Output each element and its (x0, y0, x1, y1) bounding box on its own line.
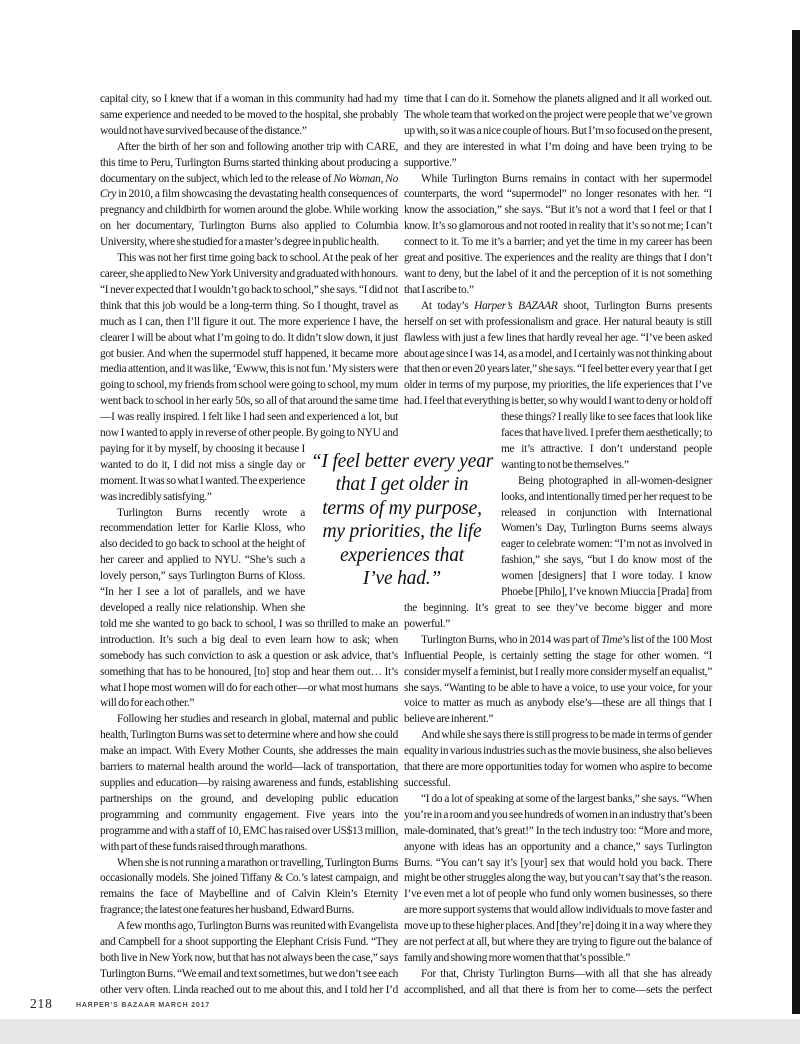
text-run: At today’s (421, 300, 474, 312)
page-number: 218 (30, 996, 53, 1012)
paragraph: Following her studies and research in gl… (100, 712, 398, 855)
pull-quote-line: my priorities, the life (306, 520, 498, 543)
pull-quote-line: “I feel better every year (306, 450, 498, 473)
pull-quote-line: experiences that (306, 544, 498, 567)
pull-quote-line: I’ve had.” (306, 567, 498, 590)
paragraph: After the birth of her son and following… (100, 140, 398, 251)
text-run: time that I can do it. Somehow the plane… (404, 93, 712, 169)
text-run: in 2010, a film showcasing the devastati… (100, 188, 398, 248)
pull-quote-line: that I get older in (306, 473, 498, 496)
paragraph: While Turlington Burns remains in contac… (404, 172, 712, 299)
text-run: When she is not running a marathon or tr… (100, 857, 398, 917)
text-run: capital city, so I knew that if a woman … (100, 93, 398, 137)
page-edge-shadow-bar (792, 30, 800, 1014)
paragraph: “I do a lot of speaking at some of the l… (404, 792, 712, 967)
text-run: Turlington Burns, who in 2014 was part o… (421, 634, 601, 646)
italic-text-run: Time (601, 634, 622, 646)
page-footer: 218 HARPER’S BAZAAR MARCH 2017 (0, 994, 786, 1022)
footer-magazine-line: HARPER’S BAZAAR MARCH 2017 (76, 1002, 210, 1009)
paragraph: time that I can do it. Somehow the plane… (404, 92, 712, 172)
magazine-page: capital city, so I knew that if a woman … (0, 0, 800, 1044)
paragraph: When she is not running a marathon or tr… (100, 856, 398, 920)
pull-quote-line: terms of my purpose, (306, 497, 498, 520)
paragraph: Turlington Burns, who in 2014 was part o… (404, 633, 712, 728)
text-run: “I do a lot of speaking at some of the l… (404, 793, 712, 964)
text-run: ’s list of the 100 Most Influential Peop… (404, 634, 712, 726)
pull-quote: “I feel better every yearthat I get olde… (306, 450, 498, 590)
text-run: While Turlington Burns remains in contac… (404, 173, 712, 296)
scan-edge-strip (0, 1019, 800, 1044)
italic-text-run: Harper’s BAZAAR (474, 300, 557, 312)
text-run: Following her studies and research in gl… (100, 713, 398, 852)
paragraph: And while she says there is still progre… (404, 728, 712, 792)
paragraph: capital city, so I knew that if a woman … (100, 92, 398, 140)
text-run: And while she says there is still progre… (404, 729, 712, 789)
